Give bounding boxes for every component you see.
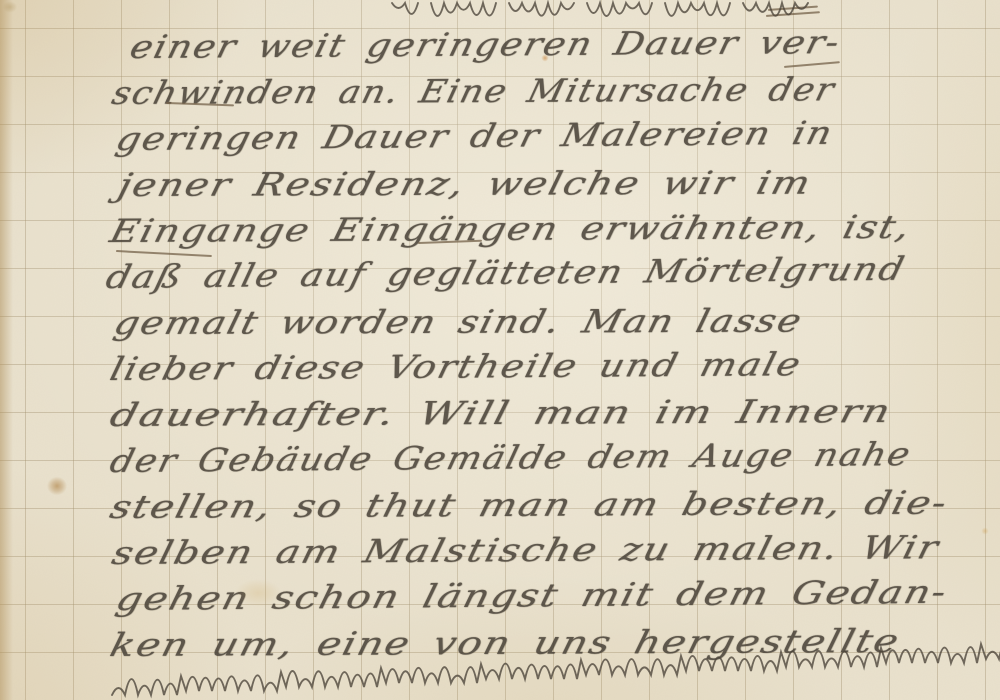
ink-underline bbox=[116, 250, 212, 257]
paper-stain bbox=[540, 53, 550, 63]
handwriting-line: geringen Dauer der Malereien in bbox=[112, 114, 837, 158]
handwriting-line: schwinden an. Eine Mitursache der bbox=[108, 70, 839, 112]
handwriting-line: gehen schon längst mit dem Gedan- bbox=[112, 573, 952, 618]
handwriting-line: gemalt worden sind. Man lasse bbox=[110, 302, 807, 342]
clipped-handwriting-fragment bbox=[392, 0, 816, 22]
ink-marks-layer bbox=[0, 0, 1000, 700]
handwriting-line: Eingange Eingängen erwähnten, ist, bbox=[106, 208, 915, 250]
paper-aging-overlay bbox=[0, 0, 1000, 700]
manuscript-page: einer weit geringeren Dauer ver-schwinde… bbox=[0, 0, 1000, 700]
ink-underline bbox=[768, 6, 818, 11]
paper-stain bbox=[226, 574, 290, 612]
squared-paper-grid bbox=[0, 0, 1000, 700]
handwriting-line: selben am Malstische zu malen. Wir bbox=[108, 528, 943, 572]
ink-underline bbox=[418, 240, 482, 244]
ink-underline bbox=[166, 102, 234, 106]
handwriting-line: lieber diese Vortheile und male bbox=[106, 345, 806, 388]
paper-stain bbox=[980, 526, 990, 536]
handwriting-line: dauerhafter. Will man im Innern bbox=[106, 392, 896, 434]
handwriting-layer: einer weit geringeren Dauer ver-schwinde… bbox=[0, 0, 1000, 700]
handwriting-line: ken um, eine von uns hergestellte bbox=[106, 622, 904, 664]
handwriting-line: der Gebäude Gemälde dem Auge nahe bbox=[106, 435, 915, 480]
paper-stain bbox=[43, 473, 72, 499]
handwriting-line: daß alle auf geglätteten Mörtelgrund bbox=[102, 250, 909, 296]
handwriting-line: jener Residenz, welche wir im bbox=[114, 164, 816, 204]
ink-underline bbox=[766, 11, 820, 17]
clipped-handwriting-fragment bbox=[112, 676, 994, 700]
paper-stain bbox=[0, 0, 19, 15]
handwriting-line: stellen, so thut man am besten, die- bbox=[106, 484, 952, 526]
handwriting-line: einer weit geringeren Dauer ver- bbox=[126, 23, 845, 66]
paper-grain-texture bbox=[0, 0, 1000, 700]
ink-underline bbox=[784, 61, 840, 68]
